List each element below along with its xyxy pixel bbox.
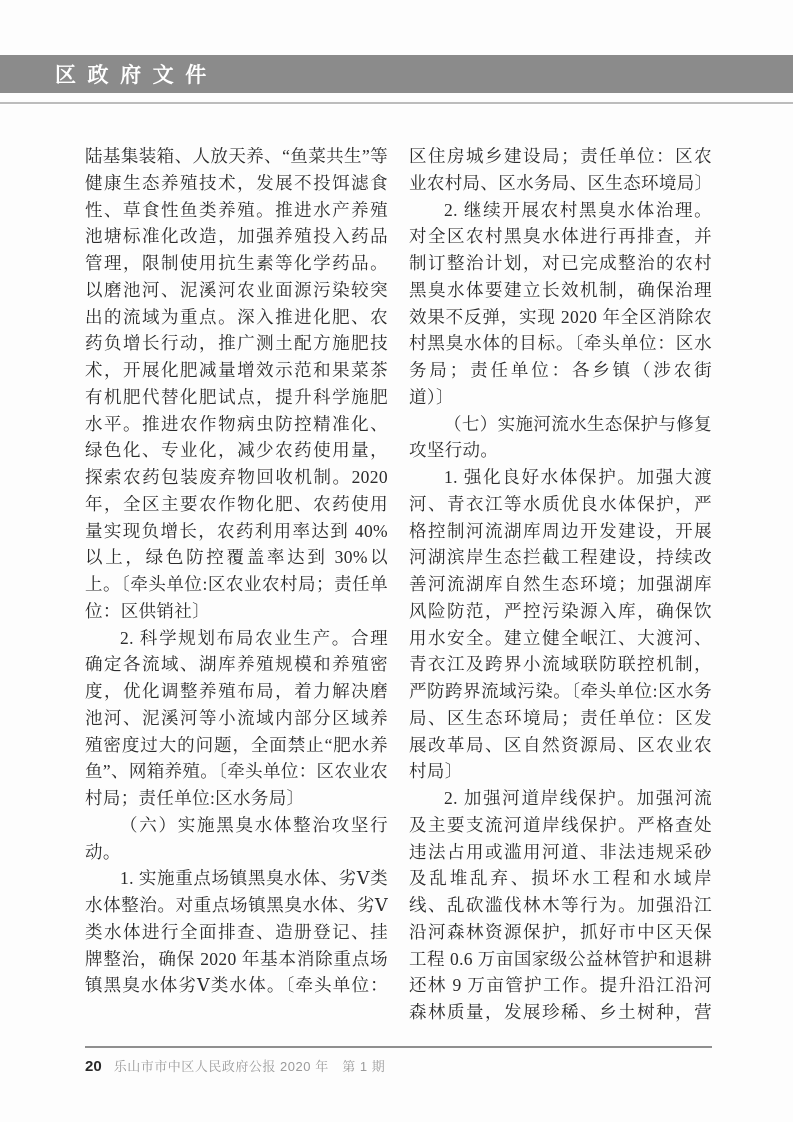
section-header-bar: 区政府文件: [0, 55, 793, 93]
footer-rule: [85, 1046, 712, 1048]
paragraph: 陆基集装箱、人放天养、“鱼菜共生”等健康生态养殖技术，发展不投饵滤食性、草食性鱼…: [85, 143, 388, 625]
paragraph: 2. 科学规划布局农业生产。合理确定各流域、湖库养殖规模和养殖密度，优化调整养殖…: [85, 625, 388, 812]
footer: 20 乐山市市中区人民政府公报 2020 年 第 1 期: [85, 1056, 385, 1075]
page-number: 20: [85, 1058, 102, 1075]
paragraph: 1. 强化良好水体保护。加强大渡河、青衣江等水质优良水体保护，严格控制河流湖库周…: [409, 464, 712, 785]
header-rule: [0, 102, 793, 105]
paragraph: （六）实施黑臭水体整治攻坚行动。: [85, 812, 388, 866]
paragraph: （七）实施河流水生态保护与修复攻坚行动。: [409, 411, 712, 465]
section-title: 区政府文件: [0, 59, 218, 89]
gazette-title: 乐山市市中区人民政府公报 2020 年 第 1 期: [114, 1056, 386, 1075]
document-page: 区政府文件 陆基集装箱、人放天养、“鱼菜共生”等健康生态养殖技术，发展不投饵滤食…: [0, 0, 793, 1122]
paragraph: 2. 继续开展农村黑臭水体治理。对全区农村黑臭水体进行再排查，并制订整治计划，对…: [409, 197, 712, 411]
document-body: 陆基集装箱、人放天养、“鱼菜共生”等健康生态养殖技术，发展不投饵滤食性、草食性鱼…: [85, 143, 712, 1027]
